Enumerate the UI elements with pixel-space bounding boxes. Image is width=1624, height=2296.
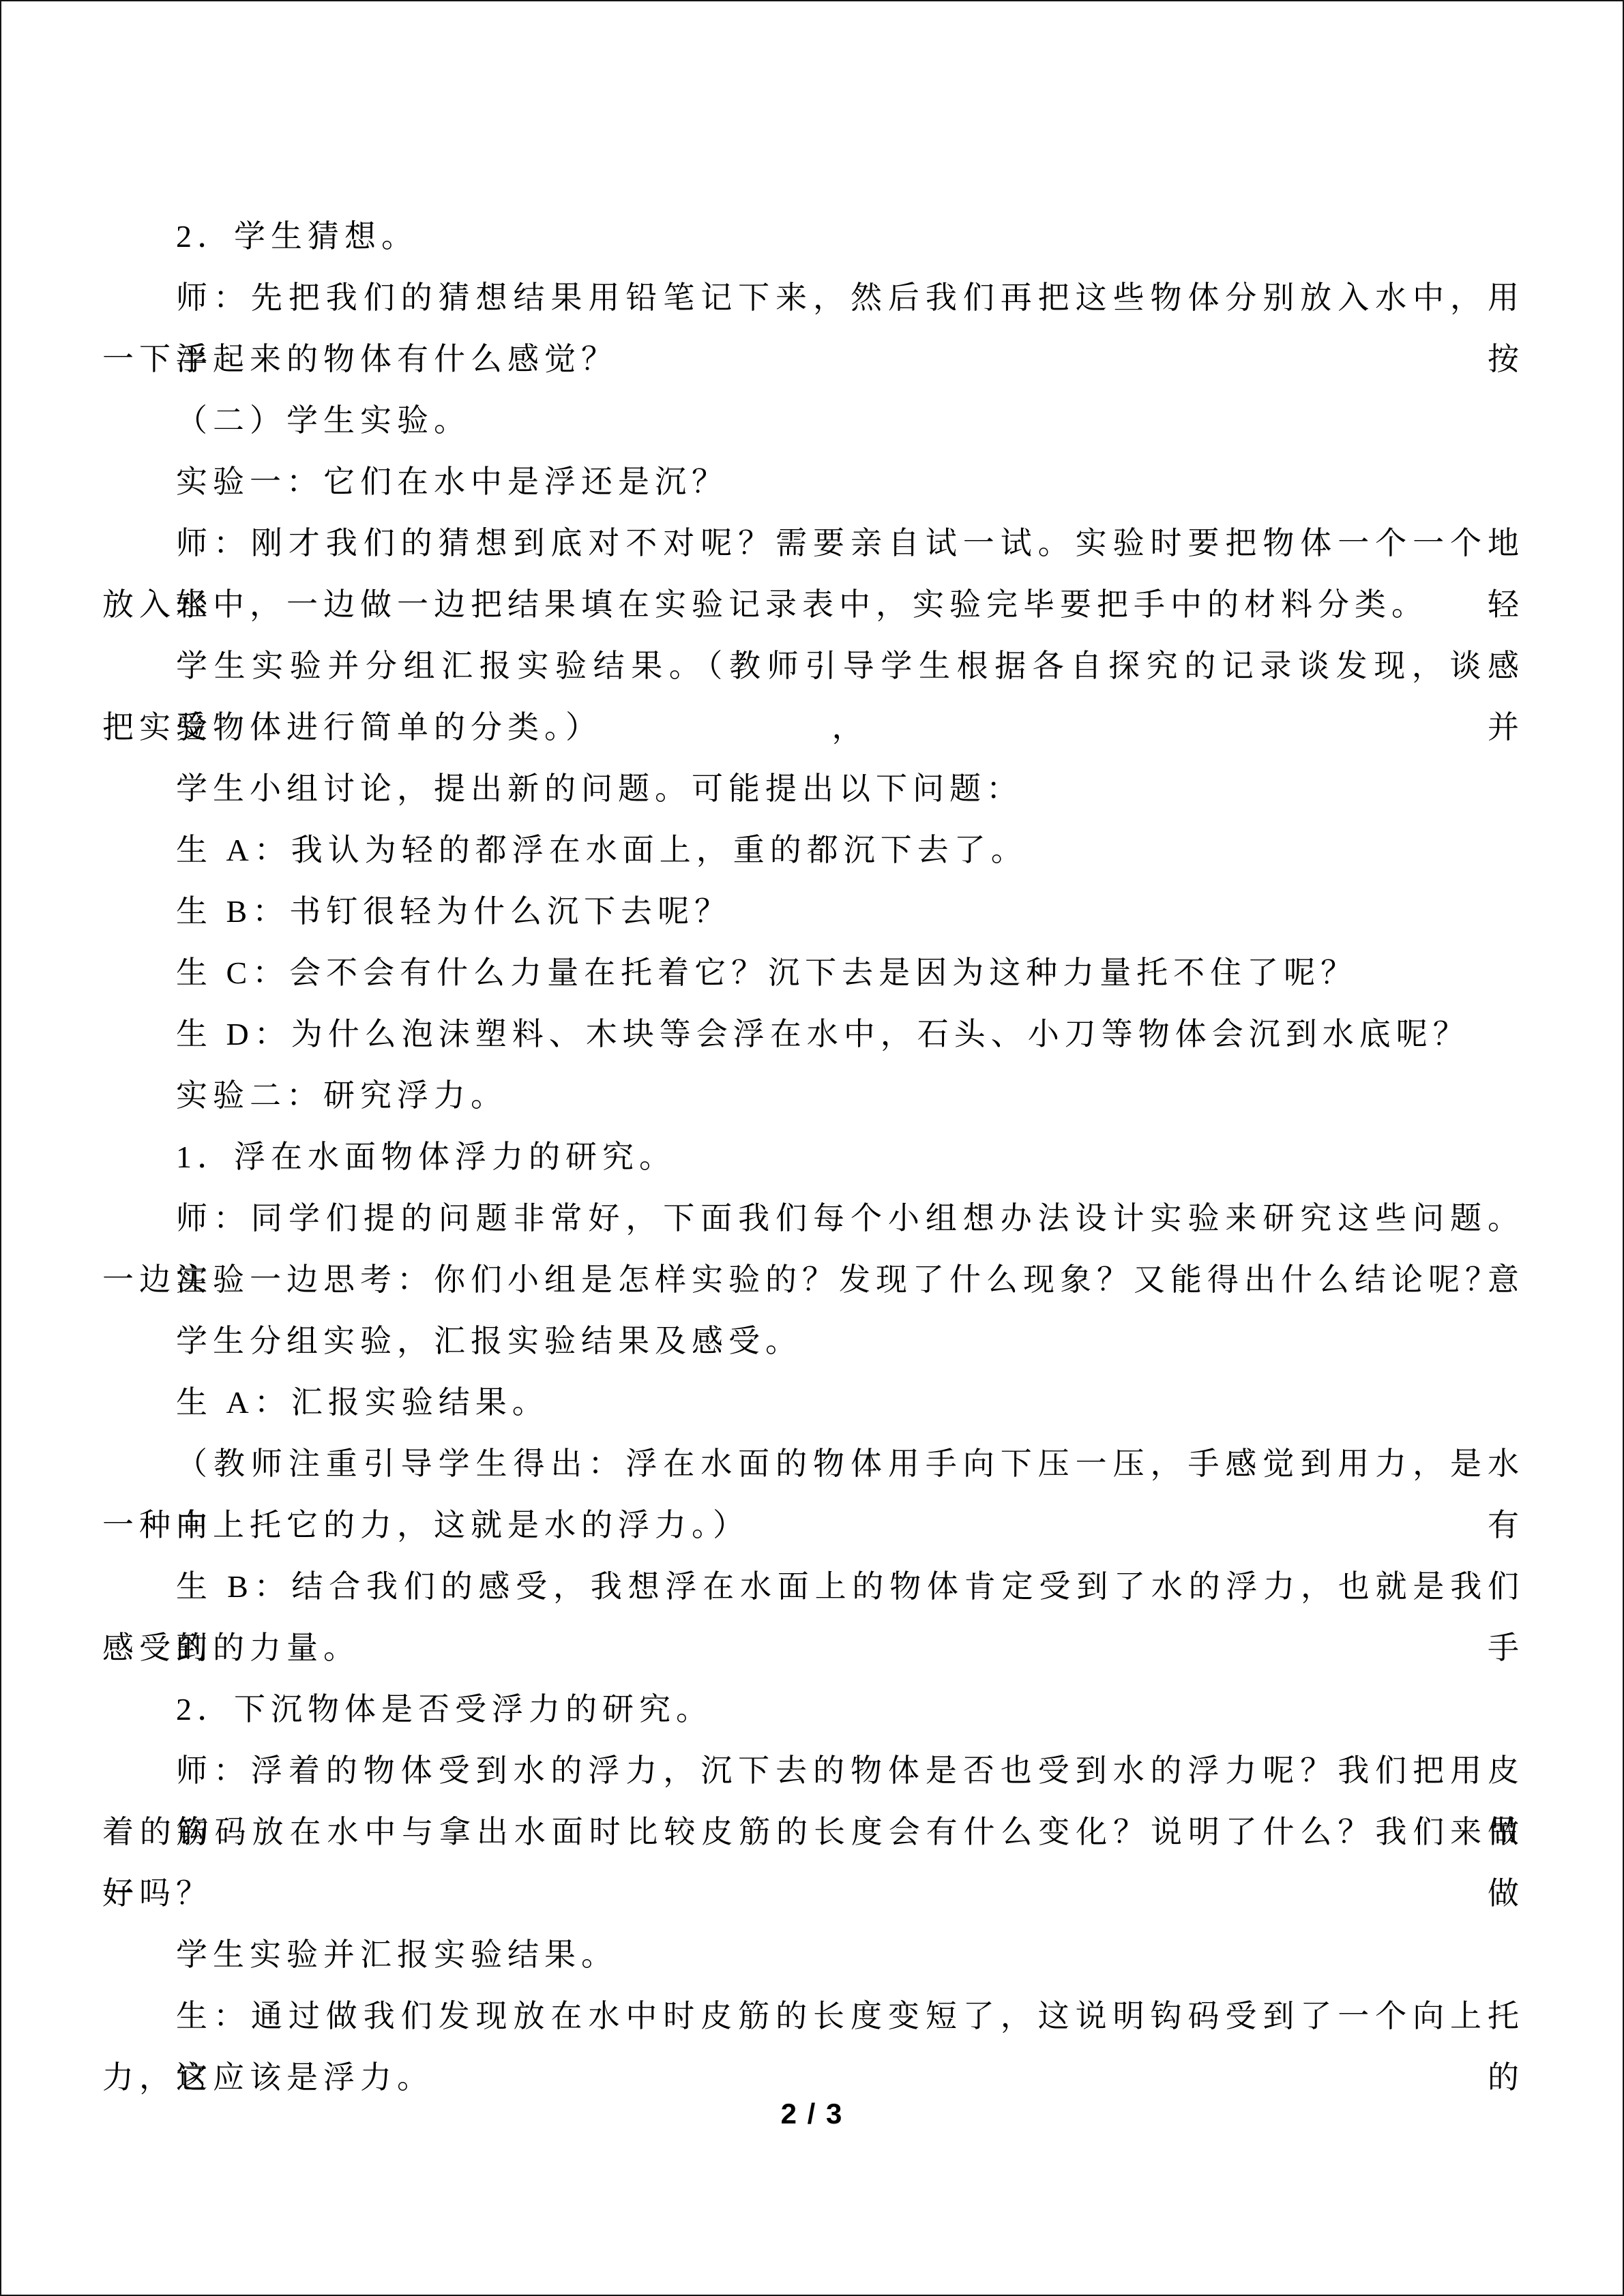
text-line: 一边实验一边思考：你们小组是怎样实验的？发现了什么现象？又能得出什么结论呢？ bbox=[102, 1249, 1524, 1311]
text-line: 1．浮在水面物体浮力的研究。 bbox=[102, 1127, 1524, 1188]
text-line: 2．下沉物体是否受浮力的研究。 bbox=[102, 1679, 1524, 1740]
text-line: 2．学生猜想。 bbox=[102, 206, 1524, 267]
text-line: 放入水中，一边做一边把结果填在实验记录表中，实验完毕要把手中的材料分类。 bbox=[102, 574, 1524, 636]
text-line: 生 A：我认为轻的都浮在水面上，重的都沉下去了。 bbox=[102, 820, 1524, 881]
text-line: 学生小组讨论，提出新的问题。可能提出以下问题： bbox=[102, 758, 1524, 820]
text-line: （教师注重引导学生得出：浮在水面的物体用手向下压一压，手感觉到用力，是水中有 bbox=[102, 1433, 1524, 1495]
text-body: 2．学生猜想。师：先把我们的猜想结果用铅笔记下来，然后我们再把这些物体分别放入水… bbox=[102, 206, 1524, 2108]
document-page: 2．学生猜想。师：先把我们的猜想结果用铅笔记下来，然后我们再把这些物体分别放入水… bbox=[0, 0, 1624, 2296]
text-line: 师：刚才我们的猜想到底对不对呢？需要亲自试一试。实验时要把物体一个一个地轻轻 bbox=[102, 513, 1524, 574]
text-line: 学生实验并汇报实验结果。 bbox=[102, 1924, 1524, 1986]
page-number: 2 / 3 bbox=[1, 2098, 1623, 2130]
text-line: 学生分组实验，汇报实验结果及感受。 bbox=[102, 1311, 1524, 1372]
text-line: 生 C：会不会有什么力量在托着它？沉下去是因为这种力量托不住了呢？ bbox=[102, 942, 1524, 1004]
text-line: 师：同学们提的问题非常好，下面我们每个小组想办法设计实验来研究这些问题。注意 bbox=[102, 1188, 1524, 1249]
text-line: 生：通过做我们发现放在水中时皮筋的长度变短了，这说明钩码受到了一个向上托它的 bbox=[102, 1986, 1524, 2047]
text-line: 生 D：为什么泡沫塑料、木块等会浮在水中，石头、小刀等物体会沉到水底呢？ bbox=[102, 1004, 1524, 1065]
text-line: 生 B：书钉很轻为什么沉下去呢？ bbox=[102, 881, 1524, 942]
text-line: 生 A：汇报实验结果。 bbox=[102, 1372, 1524, 1433]
text-line: 生 B：结合我们的感受，我想浮在水面上的物体肯定受到了水的浮力，也就是我们的手 bbox=[102, 1556, 1524, 1617]
text-line: 学生实验并分组汇报实验结果。（教师引导学生根据各自探究的记录谈发现，谈感受，并 bbox=[102, 636, 1524, 697]
text-line: 实验一：它们在水中是浮还是沉？ bbox=[102, 451, 1524, 513]
text-line: 实验二：研究浮力。 bbox=[102, 1065, 1524, 1127]
text-line: 师：先把我们的猜想结果用铅笔记下来，然后我们再把这些物体分别放入水中，用手按 bbox=[102, 267, 1524, 329]
text-line: 师：浮着的物体受到水的浮力，沉下去的物体是否也受到水的浮力呢？我们把用皮筋吊 bbox=[102, 1740, 1524, 1802]
text-line: （二）学生实验。 bbox=[102, 390, 1524, 451]
text-line: 着的钩码放在水中与拿出水面时比较皮筋的长度会有什么变化？说明了什么？我们来做一做 bbox=[102, 1802, 1524, 1863]
